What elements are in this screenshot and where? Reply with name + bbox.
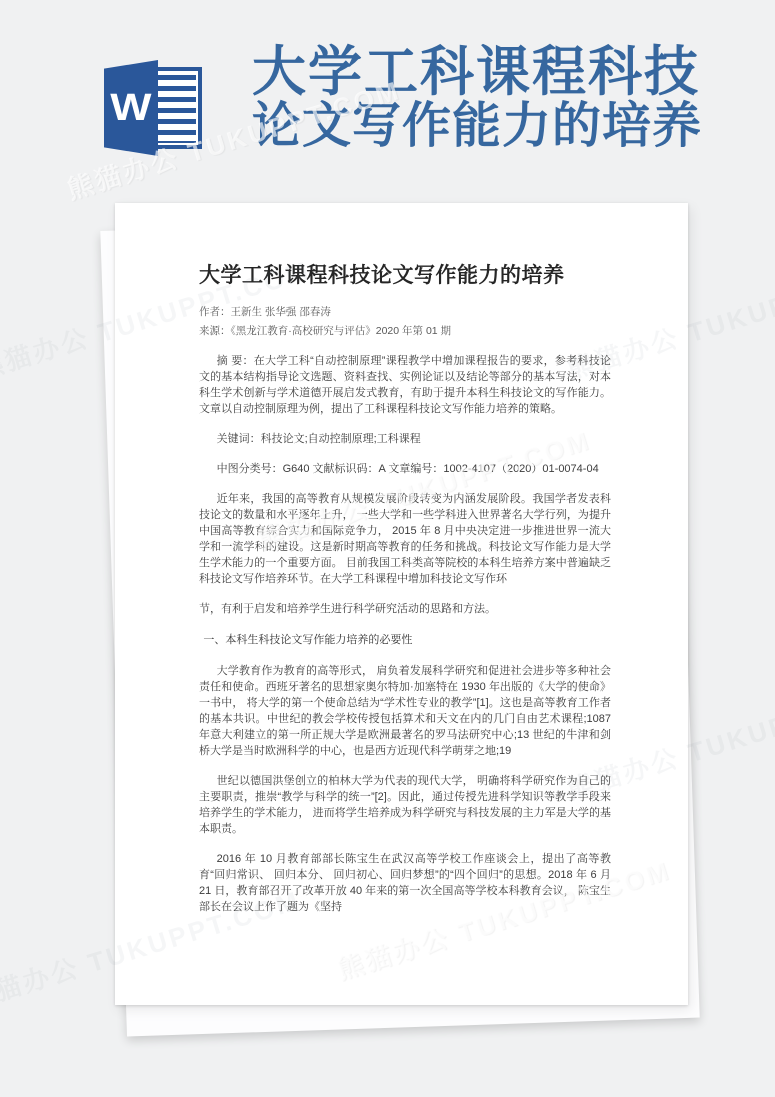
preview-title-line1: 大学工科课程科技 <box>252 44 702 99</box>
doc-paragraph: 节，有利于启发和培养学生进行科学研究活动的思路和方法。 <box>199 601 611 617</box>
preview-title: 大学工科课程科技 论文写作能力的培养 <box>252 44 702 151</box>
doc-author-line: 作者：王新生 张华强 邵春涛 <box>199 303 611 322</box>
doc-classification: 中图分类号：G640 文献标识码：A 文章编号：1002-4107（2020）0… <box>199 461 611 477</box>
doc-paragraph: 世纪以德国洪堡创立的柏林大学为代表的现代大学， 明确将科学研究作为自己的主要职责… <box>199 773 611 837</box>
doc-section-heading: 一、本科生科技论文写作能力培养的必要性 <box>199 632 611 648</box>
doc-paragraph: 2016 年 10 月教育部部长陈宝生在武汉高等学校工作座谈会上，提出了高等教育… <box>199 851 611 915</box>
doc-paragraph: 大学教育作为教育的高等形式， 肩负着发展科学研究和促进社会进步等多种社会责任和使… <box>199 663 611 759</box>
document-page-content: 大学工科课程科技论文写作能力的培养 作者：王新生 张华强 邵春涛 来源：《黑龙江… <box>199 203 611 929</box>
doc-meta: 作者：王新生 张华强 邵春涛 来源：《黑龙江教育·高校研究与评估》2020 年第… <box>199 303 611 341</box>
document-preview: W 大学工科课程科技 论文写作能力的培养 大学工科课程科技论文写作能力的培养 作… <box>0 0 775 1097</box>
word-icon-letter: W <box>110 89 151 127</box>
word-icon: W <box>104 60 206 156</box>
doc-paragraph: 近年来，我国的高等教育从规模发展阶段转变为内涵发展阶段。我国学者发表科技论文的数… <box>199 491 611 587</box>
doc-source-line: 来源：《黑龙江教育·高校研究与评估》2020 年第 01 期 <box>199 322 611 341</box>
doc-title: 大学工科课程科技论文写作能力的培养 <box>199 262 611 288</box>
doc-body: 摘 要：在大学工科“自动控制原理”课程教学中增加课程报告的要求，参考科技论文的基… <box>199 353 611 915</box>
doc-keywords: 关键词：科技论文;自动控制原理;工科课程 <box>199 431 611 447</box>
word-icon-panel: W <box>104 60 158 156</box>
doc-abstract: 摘 要：在大学工科“自动控制原理”课程教学中增加课程报告的要求，参考科技论文的基… <box>199 353 611 417</box>
preview-title-line2: 论文写作能力的培养 <box>252 99 702 151</box>
document-page: 大学工科课程科技论文写作能力的培养 作者：王新生 张华强 邵春涛 来源：《黑龙江… <box>115 203 688 1005</box>
